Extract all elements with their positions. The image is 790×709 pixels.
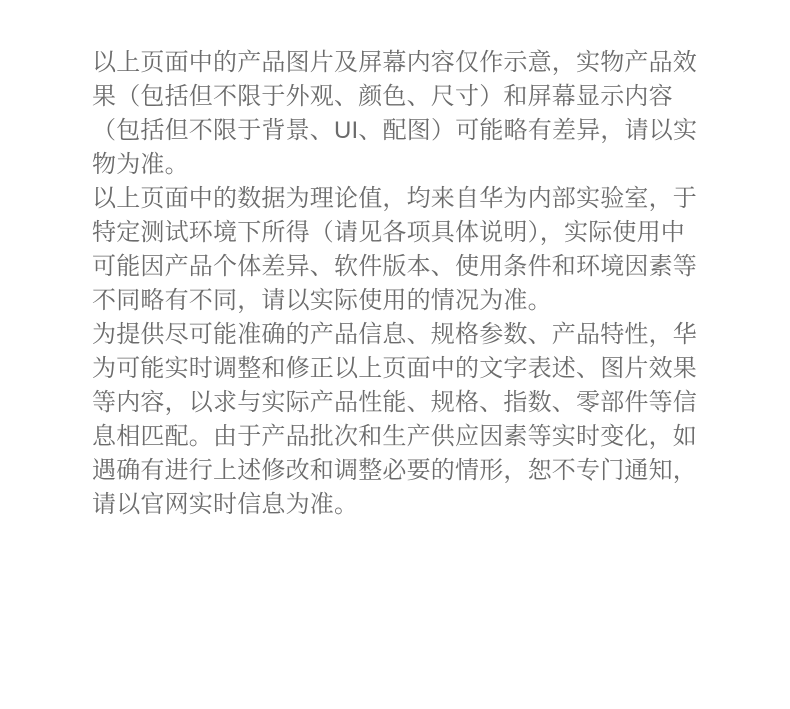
disclaimer-line: 以上页面中的产品图片及屏幕内容仅作示意，实物产品效 [92, 49, 697, 76]
disclaimer-line: 物为准。 [92, 151, 189, 178]
disclaimer-line: 为提供尽可能准确的产品信息、规格参数、产品特性，华 [92, 321, 697, 348]
disclaimer-line: 息相匹配。由于产品批次和生产供应因素等实时变化，如 [92, 423, 697, 450]
disclaimer-paragraph-product-images: 以上页面中的产品图片及屏幕内容仅作示意，实物产品效 果（包括但不限于外观、颜色、… [92, 46, 708, 182]
disclaimer-line: 特定测试环境下所得（请见各项具体说明），实际使用中 [92, 219, 685, 246]
disclaimer-line: 不同略有不同，请以实际使用的情况为准。 [92, 287, 552, 314]
disclaimer-line: 遇确有进行上述修改和调整必要的情形，恕不专门通知， [92, 457, 697, 484]
disclaimer-line: 果（包括但不限于外观、颜色、尺寸）和屏幕显示内容 [92, 83, 673, 110]
disclaimer-line: （包括但不限于背景、UI、配图）可能略有差异，请以实 [92, 117, 697, 144]
disclaimer-line: 请以官网实时信息为准。 [92, 491, 358, 518]
disclaimer-line: 可能因产品个体差异、软件版本、使用条件和环境因素等 [92, 253, 697, 280]
disclaimer-paragraph-spec-updates: 为提供尽可能准确的产品信息、规格参数、产品特性，华 为可能实时调整和修正以上页面… [92, 318, 708, 522]
disclaimer-section: 以上页面中的产品图片及屏幕内容仅作示意，实物产品效 果（包括但不限于外观、颜色、… [92, 46, 708, 522]
disclaimer-line: 为可能实时调整和修正以上页面中的文字表述、图片效果 [92, 355, 697, 382]
disclaimer-paragraph-lab-data: 以上页面中的数据为理论值，均来自华为内部实验室，于 特定测试环境下所得（请见各项… [92, 182, 708, 318]
disclaimer-line: 以上页面中的数据为理论值，均来自华为内部实验室，于 [92, 185, 697, 212]
disclaimer-line: 等内容，以求与实际产品性能、规格、指数、零部件等信 [92, 389, 697, 416]
